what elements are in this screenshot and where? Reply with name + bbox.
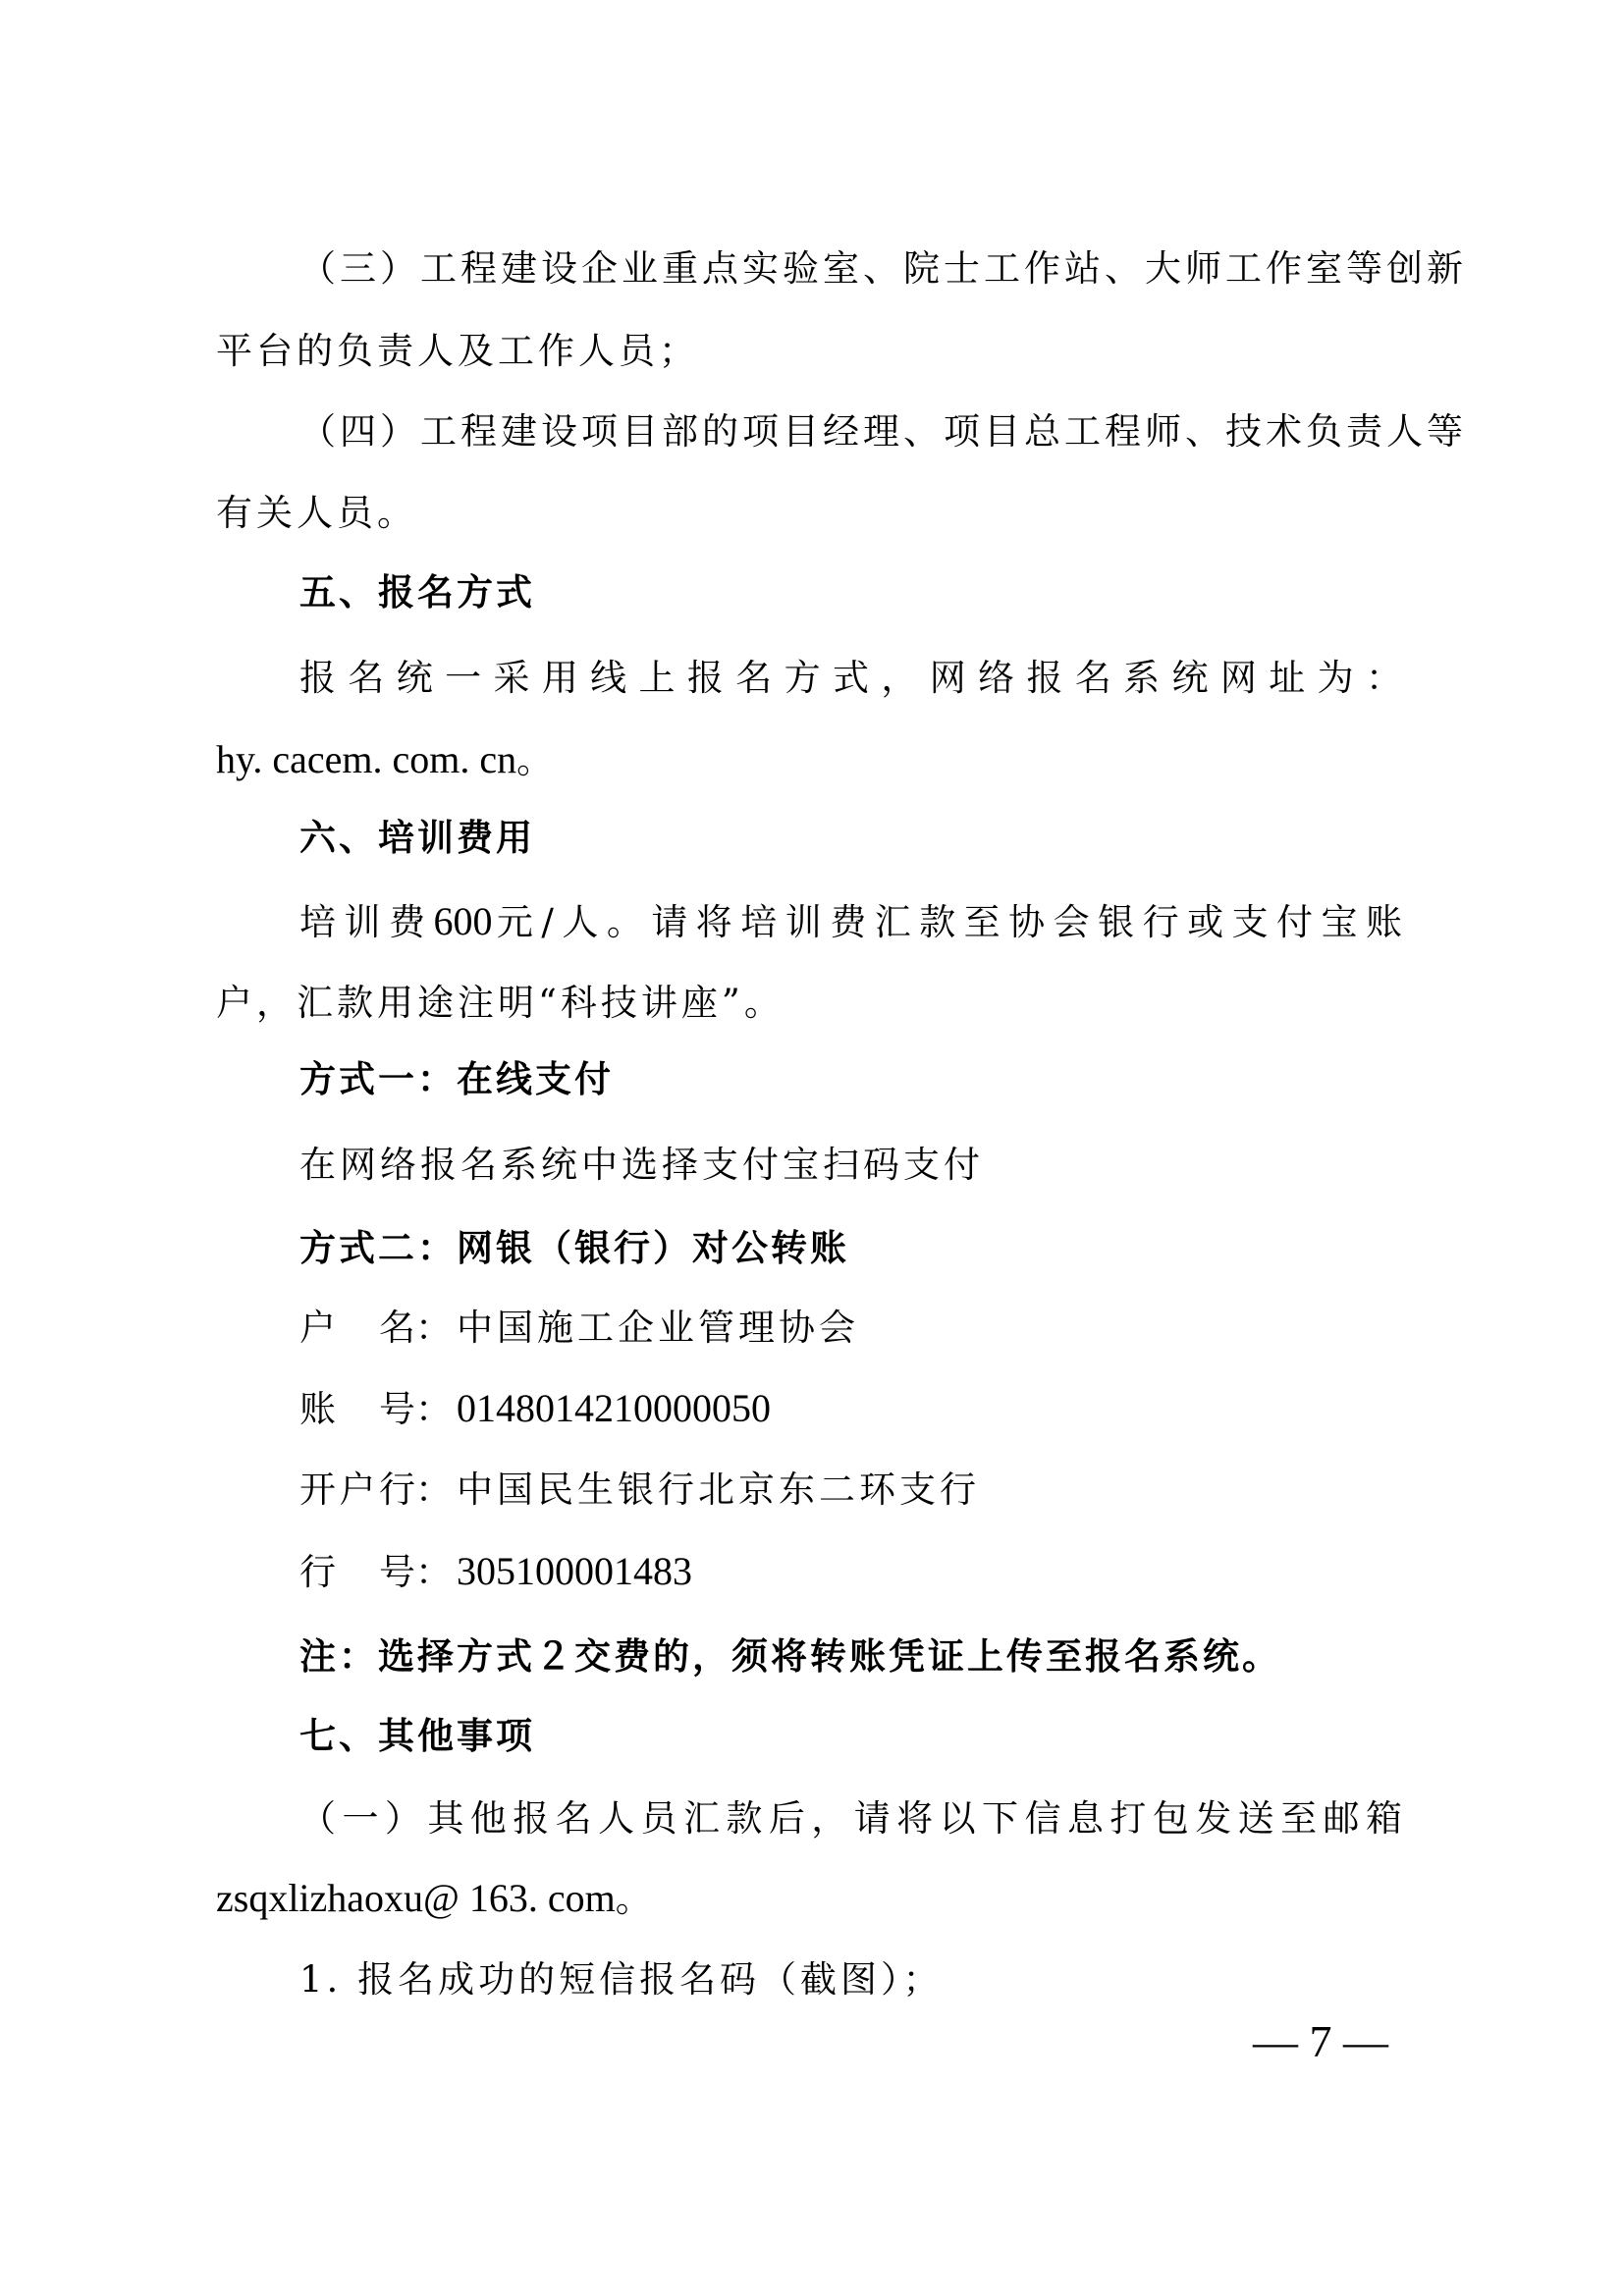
section5-text: 报名统一采用线上报名方式，网络报名系统网址为： — [299, 649, 1406, 708]
colon: ： — [415, 1461, 457, 1520]
paragraph-item4-line2: 有关人员。 — [216, 484, 1406, 543]
account-name-value: 中国施工企业管理协会 — [457, 1307, 859, 1349]
account-name-label: 户名 — [299, 1299, 415, 1358]
section7-list-item1: 1. 报名成功的短信报名码（截图）； — [299, 1950, 1406, 2009]
section7-heading: 七、其他事项 — [299, 1707, 1406, 1766]
section6-fee-line: 培训费600元/人。请将培训费汇款至协会银行或支付宝账 — [299, 892, 1406, 951]
payment-note: 注：选择方式２交费的，须将转账凭证上传至报名系统。 — [299, 1628, 1406, 1686]
bank-name-row: 开户行：中国民生银行北京东二环支行 — [299, 1461, 1406, 1520]
email-link[interactable]: zsqxlizhaoxu@ 163. com — [216, 1876, 616, 1920]
section7-item1-line1: （一）其他报名人员汇款后，请将以下信息打包发送至邮箱 — [299, 1789, 1406, 1848]
section5-url-line: hy. cacem. com. cn。 — [216, 730, 1406, 789]
bank-label: 开户行 — [299, 1461, 415, 1520]
section5-heading: 五、报名方式 — [299, 563, 1406, 622]
section6-heading: 六、培训费用 — [299, 809, 1406, 868]
bank-code-row: 行号：305100001483 — [299, 1542, 1406, 1601]
bank-code-value: 305100001483 — [457, 1549, 692, 1593]
page-number: — 7 — — [1247, 2012, 1394, 2071]
bank-account-name-row: 户名：中国施工企业管理协会 — [299, 1299, 1406, 1358]
registration-url-link[interactable]: hy. cacem. com. cn — [216, 737, 516, 781]
email-suffix: 。 — [616, 1878, 656, 1920]
document-page: （三）工程建设企业重点实验室、院士工作站、大师工作室等创新 平台的负责人及工作人… — [0, 0, 1623, 2296]
fee-text-b: 元/人。请将培训费汇款至协会银行或支付宝账 — [492, 901, 1406, 943]
colon: ： — [415, 1299, 457, 1358]
bank-account-number-row: 账号：0148014210000050 — [299, 1379, 1406, 1438]
section6-fee-line2: 户，汇款用途注明“科技讲座”。 — [216, 974, 1406, 1033]
bank-value: 中国民生银行北京东二环支行 — [457, 1468, 980, 1511]
bank-code-label: 行号 — [299, 1543, 415, 1602]
method2-heading: 方式二：网银（银行）对公转账 — [299, 1219, 1406, 1278]
method1-heading: 方式一：在线支付 — [299, 1050, 1406, 1109]
section7-email-line: zsqxlizhaoxu@ 163. com。 — [216, 1869, 1406, 1928]
fee-text-a: 培训费 — [299, 901, 433, 943]
account-number-label: 账号 — [299, 1380, 415, 1439]
paragraph-item4-line1: （四）工程建设项目部的项目经理、项目总工程师、技术负责人等 — [299, 402, 1406, 461]
fee-amount: 600 — [433, 899, 492, 943]
colon: ： — [415, 1543, 457, 1602]
method1-text: 在网络报名系统中选择支付宝扫码支付 — [299, 1136, 1406, 1195]
url-suffix: 。 — [516, 739, 557, 781]
colon: ： — [415, 1380, 457, 1439]
paragraph-item3-line1: （三）工程建设企业重点实验室、院士工作站、大师工作室等创新 — [299, 240, 1406, 298]
paragraph-item3-line2: 平台的负责人及工作人员； — [216, 322, 1406, 381]
account-number-value: 0148014210000050 — [457, 1386, 771, 1430]
